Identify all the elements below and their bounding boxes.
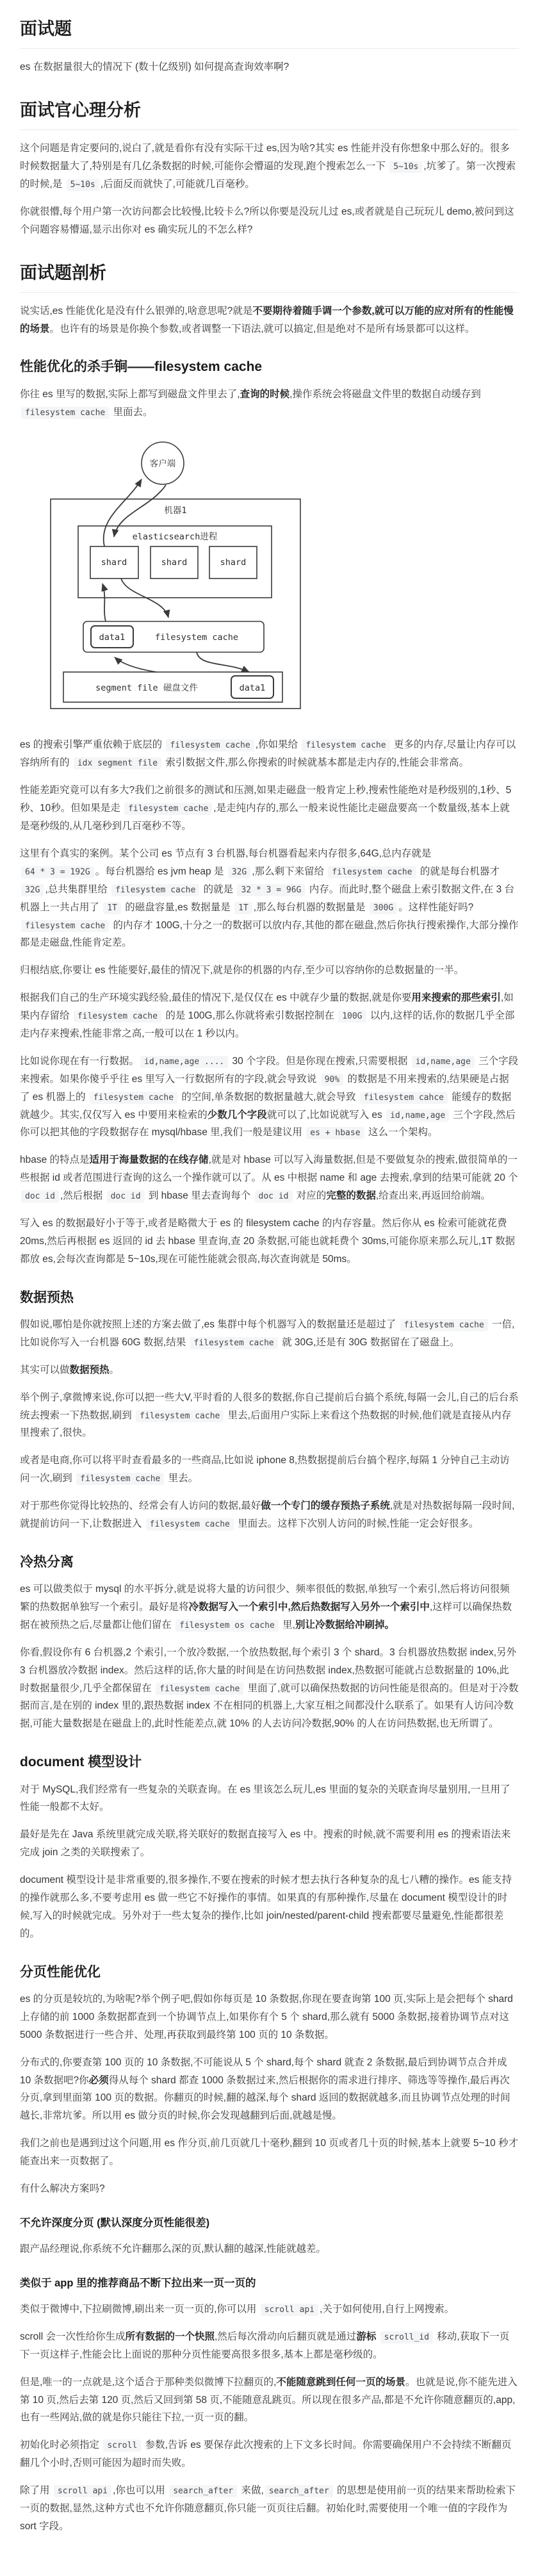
text-run: 我们之前也是遇到过这个问题,用 es 作分页,前几页就几十毫秒,翻到 10 页或… (20, 2138, 518, 2167)
text-run: 的是 100G,那么你就将索引数据控制在 (163, 1010, 337, 1021)
text-run: ,给查出来,再返回给前端。 (376, 1190, 491, 1201)
inline-code: filesystem cache (124, 803, 212, 815)
arrow-cache-to-shard (102, 584, 106, 621)
inline-code: filesystem cahce (360, 1092, 448, 1104)
text-run: document 模型设计是非常重要的,很多操作,不要在搜索的时候才想去执行各种… (20, 1875, 512, 1939)
paragraph: 你看,假设你有 6 台机器,2 个索引,一个放冷数据,一个放热数据,每个索引 3… (20, 1644, 519, 1733)
paragraph: hbase 的特点是适用于海量数据的在线存储,就是对 hbase 可以写入海量数… (20, 1151, 519, 1205)
document-article: 面试题es 在数据量很大的情况下 (数十亿级别) 如何提高查询效率啊?面试官心理… (0, 0, 538, 2576)
text-run: 。 (110, 1365, 120, 1375)
inline-code: doc id (107, 1190, 145, 1202)
paragraph: 根据我们自己的生产环境实践经验,最佳的情况下,是仅仅在 es 中就存少量的数据,… (20, 989, 519, 1043)
text-run: ,然后每次滑动向后翻页就是通过 (215, 2331, 356, 2342)
paragraph: document 模型设计是非常重要的,很多操作,不要在搜索的时候才想去执行各种… (20, 1871, 519, 1943)
text-run: ,然后根据 (60, 1190, 106, 1201)
bold-run: 用来搜索的那些索引 (411, 992, 501, 1003)
es-architecture-diagram: 客户端 机器1 elasticsearch进程 shard shard shar… (38, 436, 519, 719)
text-run: 跟产品经理说,你系统不允许翻那么深的页,默认翻的越深,性能就越差。 (20, 2244, 326, 2254)
article-top: 面试题es 在数据量很大的情况下 (数十亿级别) 如何提高查询效率啊?面试官心理… (20, 18, 519, 421)
inline-code: scroll api (261, 2304, 318, 2316)
inline-code: filesystem cache (21, 920, 109, 932)
inline-code: id,name,age (386, 1110, 449, 1122)
text-run: 假如说,哪怕是你就按照上述的方案去做了,es 集群中每个机器写入的数据量还是超过… (20, 1319, 399, 1330)
paragraph: 最好是先在 Java 系统里就完成关联,将关联好的数据直接写入 es 中。搜索的… (20, 1826, 519, 1862)
text-run: 除了用 (20, 2485, 53, 2496)
inline-code: doc id (255, 1190, 293, 1202)
inline-code: id,name,age .... (140, 1056, 228, 1068)
text-run: 对于那些你觉得比较热的、经常会有人访问的数据,最好 (20, 1500, 261, 1511)
paragraph: 比如说你现在有一行数据。id,name,age .... 30 个字段。但是你现… (20, 1053, 519, 1142)
inline-code: idx segment file (74, 757, 161, 769)
inline-code: filesystem cache (302, 739, 389, 751)
paragraph: es 在数据量很大的情况下 (数十亿级别) 如何提高查询效率啊? (20, 58, 519, 76)
h3-no-deep-paging: 不允许深度分页 (默认深度分页性能很差) (20, 2216, 519, 2231)
inline-code: filesystem cache (156, 1683, 243, 1695)
paragraph: 或者是电商,你可以将平时查看最多的一些商品,比如说 iphone 8,热数据提前… (20, 1452, 519, 1488)
client-label: 客户端 (150, 458, 176, 469)
bold-run: 所有数据的一个快照 (125, 2331, 215, 2342)
inline-code: filesystem cache (21, 407, 109, 419)
bold-run: 冷数据写入一个索引中,然后热数据写入另外一个索引中 (189, 1602, 430, 1612)
text-run: 其实可以做 (20, 1365, 70, 1375)
paragraph: 写入 es 的数据最好小于等于,或者是略微大于 es 的 filesystem … (20, 1215, 519, 1268)
inline-code: doc id (21, 1190, 59, 1202)
text-run: ,总共集群里给 (45, 884, 110, 895)
h2-paging-optimization: 分页性能优化 (20, 1964, 519, 1981)
paragraph: 这个问题是肯定要问的,说白了,就是看你有没有实际干过 es,因为啥?其实 es … (20, 140, 519, 193)
h2-filesystem-cache: 性能优化的杀手锏——filesystem cache (20, 358, 519, 375)
bold-run: 别让冷数据给冲刷掉。 (295, 1620, 395, 1630)
text-run: 归根结底,你要让 es 性能要好,最佳的情况下,就是你的机器的内存,至少可以容纳… (20, 965, 464, 976)
bold-run: 不能随意跳到任何一页的场景 (276, 2377, 405, 2388)
paragraph: 你往 es 里写的数据,实际上都写到磁盘文件里去了,查询的时候,操作系统会将磁盘… (20, 386, 519, 422)
paragraph: es 可以做类似于 mysql 的水平拆分,就是说将大量的访问很少、频率很低的数… (20, 1580, 519, 1634)
text-run: scroll 会一次性给你生成 (20, 2331, 125, 2342)
inline-code: filesystem cache (190, 1337, 278, 1349)
text-run: 索引数据文件,那么你搜索的时候就基本都是走内存的,性能会非常高。 (163, 757, 469, 768)
paragraph: 归根结底,你要让 es 性能要好,最佳的情况下,就是你的机器的内存,至少可以容纳… (20, 962, 519, 980)
inline-code: 90% (321, 1074, 343, 1086)
text-run: 类似于微博中,下拉刷微博,刷出来一页一页的,你可以用 (20, 2304, 259, 2315)
inline-code: filesystem cache (146, 1518, 234, 1530)
bold-run: 做一个专门的缓存预热子系统 (261, 1500, 390, 1511)
paragraph: 说实话,es 性能优化是没有什么银弹的,啥意思呢?就是不要期待着随手调一个参数,… (20, 302, 519, 338)
text-run: 里去。 (165, 1473, 198, 1484)
text-run: 来做, (238, 2485, 264, 2496)
inline-code: scroll_id (380, 2331, 433, 2343)
h2-document-model-design: document 模型设计 (20, 1753, 519, 1771)
paragraph: es 的搜索引擎严重依赖于底层的 filesystem cache,你如果给 f… (20, 736, 519, 772)
inline-code: 100G (338, 1010, 366, 1022)
text-run: 最好是先在 Java 系统里就完成关联,将关联好的数据直接写入 es 中。搜索的… (20, 1829, 510, 1858)
text-run: 初始化时必须指定 (20, 2440, 102, 2450)
article-bottom: es 的搜索引擎严重依赖于底层的 filesystem cache,你如果给 f… (20, 736, 519, 2535)
bold-run: 完整的数据 (326, 1190, 376, 1201)
machine-box (51, 499, 300, 709)
text-run: 里面去。这样下次别人访问的时候,性能一定会好很多。 (235, 1518, 479, 1529)
text-run: ,你也可以用 (113, 2485, 168, 2496)
inline-code: scroll (103, 2440, 141, 2452)
text-run: 你往 es 里写的数据,实际上都写到磁盘文件里去了, (20, 389, 240, 400)
text-run: ,那么剩下来留给 (252, 866, 327, 877)
h2-hot-cold-separation: 冷热分离 (20, 1554, 519, 1571)
text-run: 。这样性能好吗? (398, 902, 473, 913)
paragraph: 举个例子,拿微博来说,你可以把一些大V,平时看的人很多的数据,你自己提前后台搞个… (20, 1389, 519, 1443)
bold-run: 必须 (89, 2075, 109, 2086)
text-run: 有什么解决方案吗? (20, 2183, 105, 2194)
paragraph: 初始化时必须指定 scroll 参数,告诉 es 要保存此次搜索的上下文多长时间… (20, 2436, 519, 2472)
text-run: 里, (280, 1620, 295, 1630)
text-run: 的就是每台机器才 (418, 866, 500, 877)
inline-code: es + hbase (306, 1127, 364, 1139)
paragraph: 对于那些你觉得比较热的、经常会有人访问的数据,最好做一个专门的缓存预热子系统,就… (20, 1497, 519, 1533)
inline-code: 32 * 3 = 96G (237, 884, 305, 896)
paragraph: 除了用 scroll api,你也可以用 search_after 来做,sea… (20, 2482, 519, 2536)
text-run: 就 30G,还是有 30G 数据留在了磁盘上。 (279, 1337, 460, 1348)
h2-data-preheating: 数据预热 (20, 1289, 519, 1306)
inline-code: filesystem cache (166, 739, 254, 751)
text-run: 这么一个架构。 (366, 1127, 438, 1138)
text-run: es 在数据量很大的情况下 (数十亿级别) 如何提高查询效率啊? (20, 62, 289, 72)
inline-code: filesystem os cache (175, 1620, 279, 1632)
data1-segment-label: data1 (240, 683, 266, 693)
inline-code: 1T (103, 902, 121, 914)
text-run: 对应的 (294, 1190, 327, 1201)
text-run: ,操作系统会将磁盘文件里的数据自动缓存到 (289, 389, 481, 400)
h1-question-analysis: 面试题剖析 (20, 262, 519, 293)
h3-infinite-scroll: 类似于 app 里的推荐商品不断下拉出来一页一页的 (20, 2276, 519, 2291)
text-run: hbase 的特点是 (20, 1154, 90, 1165)
bold-run: 数据预热 (70, 1365, 110, 1375)
text-run: 你就很懵,每个用户第一次访问都会比较慢,比较卡么?所以你要是没玩儿过 es,或者… (20, 206, 514, 235)
paragraph: 这里有个真实的案例。某个公司 es 节点有 3 台机器,每台机器看起来内存很多,… (20, 845, 519, 952)
text-run: 的空间,单条数据的数据量越大,就会导致 (179, 1092, 359, 1103)
text-run: es 的搜索引擎严重依赖于底层的 (20, 739, 165, 750)
inline-code: 64 * 3 = 192G (21, 866, 94, 878)
shard-label-3: shard (220, 557, 247, 568)
paragraph: es 的分页是较坑的,为啥呢?举个例子吧,假如你每页是 10 条数据,你现在要查… (20, 1990, 519, 2044)
shard-label-1: shard (101, 557, 127, 568)
inline-code: filesystem cache (136, 1410, 224, 1422)
text-run: 的磁盘容量,es 数据量是 (122, 902, 233, 913)
inline-code: filesystem cache (76, 1473, 164, 1485)
text-run: ,那么每台机器的数据量是 (254, 902, 368, 913)
text-run: es 的分页是较坑的,为啥呢?举个例子吧,假如你每页是 10 条数据,你现在要查… (20, 1994, 513, 2040)
inline-code: filesystem cache (400, 1319, 488, 1331)
h1-interview-question: 面试题 (20, 18, 519, 49)
text-run: ,后面反而就快了,可能就几百毫秒。 (101, 179, 255, 190)
inline-code: 300G (370, 902, 397, 914)
text-run: 里面去。 (110, 407, 152, 418)
text-run: 对于 MySQL,我们经常有一些复杂的关联查询。在 es 里该怎么玩儿,es 里… (20, 1784, 510, 1813)
text-run (376, 2331, 379, 2342)
text-run: 写入 es 的数据最好小于等于,或者是略微大于 es 的 filesystem … (20, 1218, 515, 1265)
bold-run: 适用于海量数据的在线存储 (90, 1154, 209, 1165)
arrow-client-to-shard (114, 485, 166, 537)
paragraph: 跟产品经理说,你系统不允许翻那么深的页,默认翻的越深,性能就越差。 (20, 2240, 519, 2258)
paragraph: 类似于微博中,下拉刷微博,刷出来一页一页的,你可以用 scroll api,关于… (20, 2301, 519, 2318)
bold-run: 少数几个字段 (208, 1110, 267, 1120)
text-run: 30 个字段。但是你现在搜索,只需要根据 (229, 1056, 410, 1067)
inline-code: 1T (234, 902, 252, 914)
shard-label-2: shard (161, 557, 188, 568)
paragraph: 但是,唯一的一点就是,这个适合于那种类似微博下拉翻页的,不能随意跳到任何一页的场… (20, 2374, 519, 2427)
text-run: 说实话,es 性能优化是没有什么银弹的,啥意思呢?就是 (20, 306, 252, 316)
inline-code: search_after (265, 2485, 333, 2497)
paragraph: 你就很懵,每个用户第一次访问都会比较慢,比较卡么?所以你要是没玩儿过 es,或者… (20, 203, 519, 239)
paragraph: 其实可以做数据预热。 (20, 1361, 519, 1379)
bold-run: 查询的时候 (240, 389, 290, 400)
segment-file-label: segment file 磁盘文件 (95, 683, 198, 693)
inline-code: id,name,age (412, 1056, 475, 1068)
h1-interviewer-psychology: 面试官心理分析 (20, 99, 519, 130)
inline-code: filesystem cache (111, 884, 199, 896)
arrow-segment-to-cache (115, 657, 156, 672)
text-run: 就可以了,比如说就写入 es (267, 1110, 385, 1120)
filesystem-cache-label: filesystem cache (155, 632, 238, 643)
paragraph: 分布式的,你要查第 100 页的 10 条数据,不可能说从 5 个 shard,… (20, 2054, 519, 2126)
inline-code: search_after (169, 2485, 237, 2497)
paragraph: 对于 MySQL,我们经常有一些复杂的关联查询。在 es 里该怎么玩儿,es 里… (20, 1781, 519, 1817)
arrow-cache-to-segment (197, 652, 249, 672)
inline-code: 5~10s (67, 179, 99, 191)
inline-code: 32G (21, 884, 44, 896)
text-run: 这里有个真实的案例。某个公司 es 节点有 3 台机器,每台机器看起来内存很多,… (20, 848, 431, 859)
text-run: 根据我们自己的生产环境实践经验,最佳的情况下,是仅仅在 es 中就存少量的数据,… (20, 992, 411, 1003)
inline-code: scroll api (54, 2485, 111, 2497)
bold-run: 游标 (356, 2331, 376, 2342)
text-run: 。也许有的场景是你换个参数,或者调整一下语法,就可以搞定,但是绝对不是所有场景都… (50, 324, 475, 334)
inline-code: filesystem cache (90, 1092, 177, 1104)
paragraph: 有什么解决方案吗? (20, 2180, 519, 2198)
inline-code: 32G (228, 866, 250, 878)
machine-label: 机器1 (164, 505, 186, 516)
text-run: 比如说你现在有一行数据。 (20, 1056, 139, 1067)
text-run: 。每台机器给 es jvm heap 是 (95, 866, 227, 877)
inline-code: 5~10s (389, 161, 422, 173)
es-architecture-svg: 客户端 机器1 elasticsearch进程 shard shard shar… (38, 436, 313, 719)
text-run: 到 hbase 里去查询每个 (146, 1190, 254, 1201)
inline-code: filesystem cache (328, 866, 416, 878)
paragraph: 我们之前也是遇到过这个问题,用 es 作分页,前几页就几十毫秒,翻到 10 页或… (20, 2135, 519, 2170)
es-process-label: elasticsearch进程 (133, 532, 218, 542)
text-run: ,你如果给 (256, 739, 301, 750)
text-run: 但是,唯一的一点就是,这个适合于那种类似微博下拉翻页的, (20, 2377, 276, 2388)
inline-code: filesystem cache (74, 1010, 161, 1022)
text-run: 的就是 (200, 884, 236, 895)
paragraph: 假如说,哪怕是你就按照上述的方案去做了,es 集群中每个机器写入的数据量还是超过… (20, 1316, 519, 1352)
data1-cache-label: data1 (99, 632, 126, 643)
paragraph: 性能差距究竟可以有多大?我们之前很多的测试和压测,如果走磁盘一般肯定上秒,搜索性… (20, 782, 519, 835)
text-run: ,关于如何使用,自行上网搜索。 (320, 2304, 454, 2315)
paragraph: scroll 会一次性给你生成所有数据的一个快照,然后每次滑动向后翻页就是通过游… (20, 2328, 519, 2364)
